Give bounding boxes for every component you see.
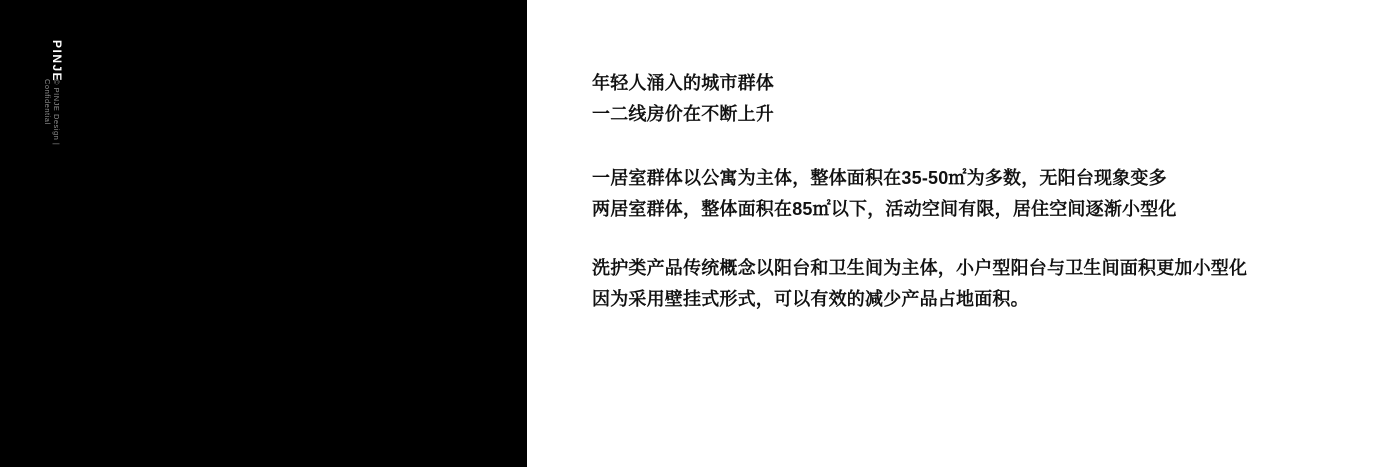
slide-canvas: PINJE © PINJE Design | Confidential 年轻人涌…: [0, 0, 1400, 467]
brand-credit-line: Confidential: [43, 79, 52, 145]
text-line: 因为采用壁挂式形式，可以有效的减少产品占地面积。: [592, 284, 1292, 315]
text-line: 两居室群体，整体面积在85㎡以下，活动空间有限，居住空间逐渐小型化: [592, 194, 1292, 225]
paragraph-apartment-size: 一居室群体以公寓为主体，整体面积在35-50㎡为多数，无阳台现象变多 两居室群体…: [592, 163, 1292, 225]
text-line: 一居室群体以公寓为主体，整体面积在35-50㎡为多数，无阳台现象变多: [592, 163, 1292, 194]
text-line: 年轻人涌入的城市群体: [592, 68, 1292, 99]
paragraph-product-concept: 洗护类产品传统概念以阳台和卫生间为主体，小户型阳台与卫生间面积更加小型化 因为采…: [592, 253, 1292, 315]
brand-credit-line: © PINJE Design |: [52, 79, 61, 145]
text-line: 洗护类产品传统概念以阳台和卫生间为主体，小户型阳台与卫生间面积更加小型化: [592, 253, 1292, 284]
brand-logo: PINJE: [50, 40, 64, 82]
left-black-panel: PINJE © PINJE Design | Confidential: [0, 0, 527, 467]
paragraph-urban-trend: 年轻人涌入的城市群体 一二线房价在不断上升: [592, 68, 1292, 130]
slide-body-text: 年轻人涌入的城市群体 一二线房价在不断上升 一居室群体以公寓为主体，整体面积在3…: [592, 68, 1292, 315]
brand-credit: © PINJE Design | Confidential: [43, 79, 61, 145]
text-line: 一二线房价在不断上升: [592, 99, 1292, 130]
